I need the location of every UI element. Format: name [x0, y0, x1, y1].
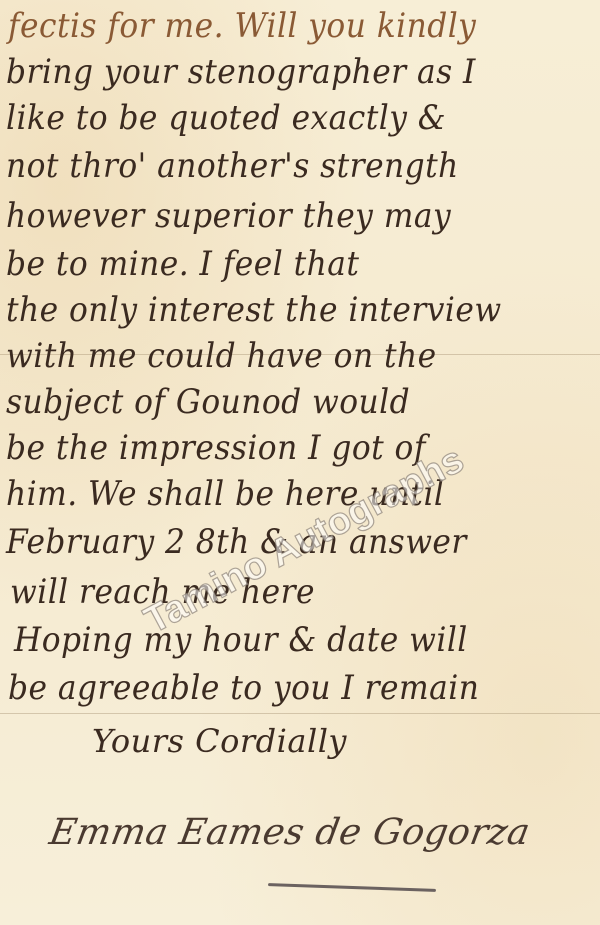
letter-line: Hoping my hour & date will — [14, 620, 468, 660]
letter-line: with me could have on the — [6, 336, 437, 376]
fold-line — [0, 713, 600, 714]
letter-line: fectis for me. Will you kindly — [8, 6, 476, 46]
letter-line: the only interest the interview — [6, 290, 502, 330]
letter-line: bring your stenographer as I — [6, 52, 476, 92]
letter-closing: Yours Cordially — [92, 722, 347, 760]
signature: Emma Eames de Gogorza — [46, 812, 533, 853]
letter-line: not thro' another's strength — [6, 146, 459, 186]
letter-line: be to mine. I feel that — [6, 244, 359, 284]
letter-line: like to be quoted exactly & — [6, 98, 446, 138]
letter-line: subject of Gounod would — [6, 382, 410, 422]
letter-line: however superior they may — [6, 196, 451, 236]
letter-line: be the impression I got of — [6, 428, 426, 468]
letter-line: be agreeable to you I remain — [8, 668, 479, 708]
